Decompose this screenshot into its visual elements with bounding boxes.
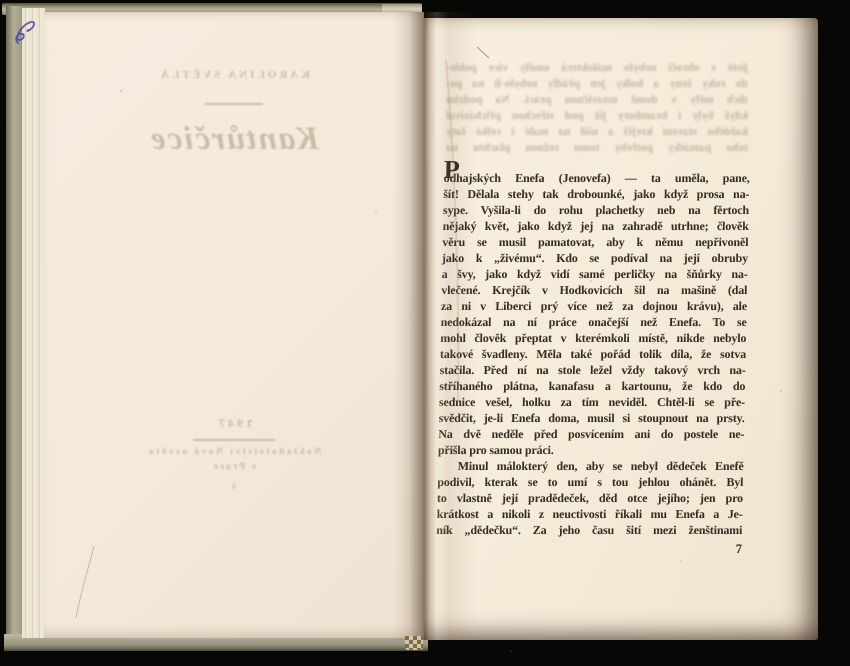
text-line: Podhajských Enefa (Jenovefa) — ta uměla,… [444,170,750,186]
text-line: podivil, kterak se to umí s tou jehlou o… [437,474,743,490]
showthrough-rule [193,439,275,441]
showthrough-line: každého stavení krejčí a ušil na malé i … [446,124,748,140]
text-line: ník „dědečku“. Za jeho času šití mezi že… [436,522,742,538]
left-page-blank: KAROLINA SVĚTLÁ Kantůrčice 1947 Nakladat… [44,12,424,638]
text-line: takové švadleny. Měla také pořád tolik d… [440,346,746,362]
showthrough-rule [205,103,263,105]
text-line: Minul málokterý den, aby se nebyl dědeče… [437,458,743,474]
text-line: přišla pro samou práci. [438,442,744,458]
text-line: věru se musil pamatovat, aby k němu nepř… [442,234,748,250]
text-line: mohl člověk přeptat v kterémkoli místě, … [440,330,746,346]
showthrough-publisher: Nakladatelství Nová osvěta [84,447,384,457]
body-text: Podhajských Enefa (Jenovefa) — ta uměla,… [436,170,750,538]
text-line: jako k „živému“. Kdo se podíval na její … [442,250,748,266]
text-line: a švy, jako když vidí samé perličky na š… [442,266,748,282]
text-line: za ni v Liberci prý více než za dojnou k… [441,298,747,314]
binding-tailband [405,636,423,650]
text-line: svědčit, je-li Enefa doma, musil si stou… [438,410,744,426]
text-line: šít! Dělala stehy tak drobounké, jako kd… [443,186,749,202]
showthrough-year: 1947 [84,416,384,431]
text-line: Na dvě neděle před posvícením ani do pos… [438,426,744,442]
text-line: vlečené. Krejčík v Hodkovicích šil na ma… [441,282,747,298]
showthrough-place: v Praze [84,462,384,472]
text-line: nějaký květ, jako když jej na zahradě ut… [443,218,749,234]
text-line: to vlastně její pradědeček, děd otce jej… [437,490,743,506]
text-line: sype. Vyšila-li do rohu plachetky neb na… [443,202,749,218]
paper-speckles [120,90,122,92]
page-fore-edges [22,8,45,638]
right-page-text: jistě s obročí nebylo málokterá uměly ví… [424,18,818,640]
open-book-photo: KAROLINA SVĚTLÁ Kantůrčice 1947 Nakladat… [0,0,850,666]
showthrough-line: když byly i brambory již pod střechou př… [446,108,748,124]
text-line: krátkost a nikoli z neuctivosti říkali m… [436,506,742,522]
handwritten-ink-mark [12,18,46,50]
page-number: 7 [440,542,746,557]
showthrough-line: do ruky ženy a holky jen přádly nebylo-l… [446,76,748,92]
showthrough-line: jistě s obročí nebylo málokterá uměly ví… [446,60,748,76]
title-page-showthrough: KAROLINA SVĚTLÁ Kantůrčice 1947 Nakladat… [84,12,384,638]
showthrough-line: dích měly v domě ustavičnou práci. Na po… [446,92,748,108]
showthrough-line: toho památky potřeby tomu režnou plachtu… [446,140,748,156]
text-line-rest: odhajských Enefa (Jenovefa) — ta uměla, … [444,171,750,185]
text-line: stačila. Před ní na stole ležel vždy tak… [439,362,745,378]
book-cover-left-edge [6,6,23,650]
text-line: stříhaného plátna, kanafasu a kartounu, … [439,378,745,394]
text-line: sednice vešel, holku za tím neviděl. Cht… [439,394,745,410]
showthrough-book-title: Kantůrčice [84,121,384,158]
showthrough-author: KAROLINA SVĚTLÁ [84,69,384,81]
text-line: nedokázal na ní práce onačejší než Enefa… [441,314,747,330]
showthrough-ornament: § [84,481,384,491]
reverse-side-showthrough: jistě s obročí nebylo málokterá uměly ví… [446,60,748,156]
